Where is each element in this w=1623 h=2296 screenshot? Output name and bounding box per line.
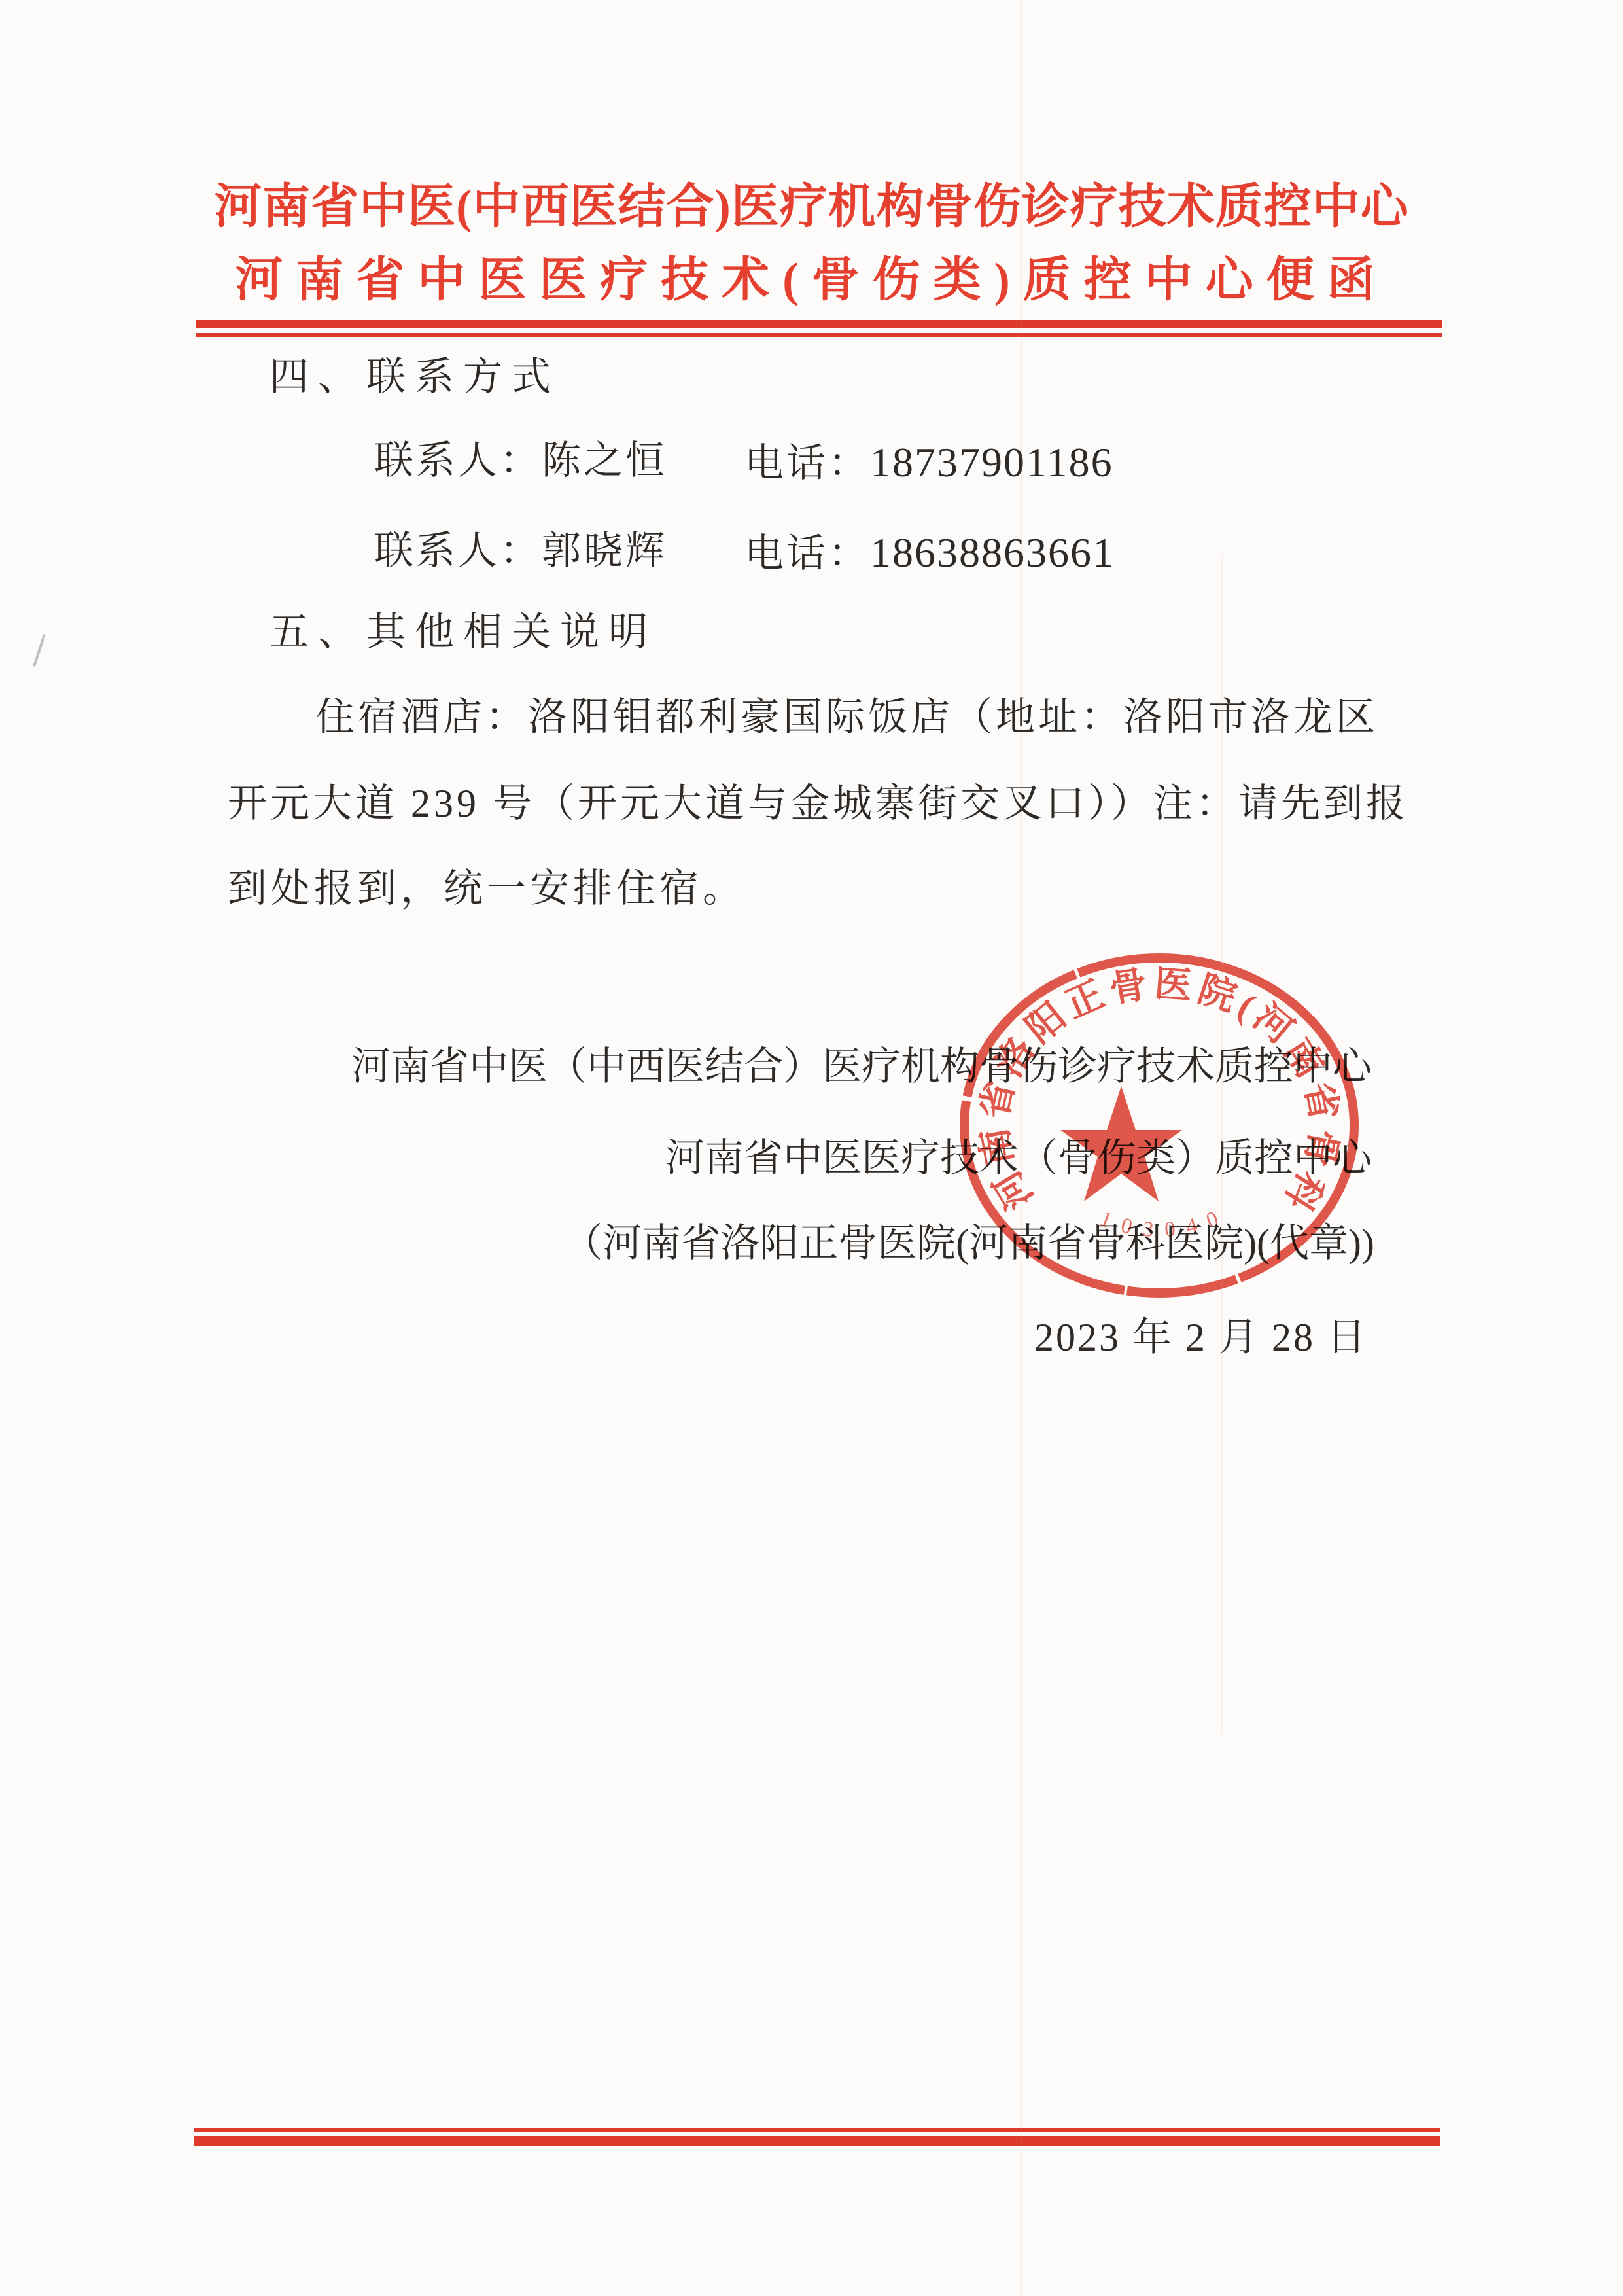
contact-label: 联系人：: [374, 439, 542, 482]
paragraph-line: 到处报到，统一安排住宿。: [228, 866, 746, 911]
scan-streak: [1021, 0, 1022, 2296]
phone-label: 电话：: [744, 532, 870, 575]
signature-date: 2023 年 2 月 28 日: [1034, 1306, 1368, 1362]
official-seal: 河南省洛阳正骨医院(河南省骨科医院) 1030400214: [950, 946, 1369, 1303]
phone-label: 电话：: [744, 442, 870, 485]
footer-rule-thin: [194, 2128, 1440, 2132]
section-4-heading: 四、联系方式: [270, 355, 560, 400]
paragraph-line: 开元大道 239 号（开元大道与金城寨街交叉口））注：请先到报: [228, 781, 1408, 826]
paragraph-line: 住宿酒店：洛阳钼都利豪国际饭店（地址：洛阳市洛龙区: [315, 695, 1378, 740]
seal-ring: [964, 958, 1354, 1293]
phone-number: 18737901186: [870, 439, 1113, 486]
contact-row: 联系人：陈之恒 电话：18737901186: [374, 438, 667, 484]
header-rule-thick: [196, 320, 1442, 328]
letterhead-title-line-2: 河南省中医医疗技术(骨伤类)质控中心便函: [186, 254, 1437, 306]
seal-star-icon: [1060, 1086, 1182, 1201]
contact-name: 郭晓辉: [542, 529, 667, 573]
letterhead-title-line-1: 河南省中医(中西医结合)医疗机构骨伤诊疗技术质控中心: [186, 181, 1437, 233]
phone-group: 电话：18638863661: [744, 529, 1115, 577]
document-page: 河南省中医(中西医结合)医疗机构骨伤诊疗技术质控中心 河南省中医医疗技术(骨伤类…: [0, 0, 1623, 2296]
phone-number: 18638863661: [870, 529, 1115, 576]
contact-label: 联系人：: [374, 529, 542, 573]
header-rule-thin: [196, 333, 1442, 337]
scan-edge-mark: [33, 634, 46, 667]
phone-group: 电话：18737901186: [744, 438, 1113, 487]
footer-rule-thick: [194, 2136, 1440, 2146]
section-5-heading: 五、其他相关说明: [270, 610, 657, 655]
scan-streak: [1221, 556, 1223, 1734]
contact-row: 联系人：郭晓辉 电话：18638863661: [374, 529, 667, 574]
contact-name: 陈之恒: [542, 439, 667, 482]
